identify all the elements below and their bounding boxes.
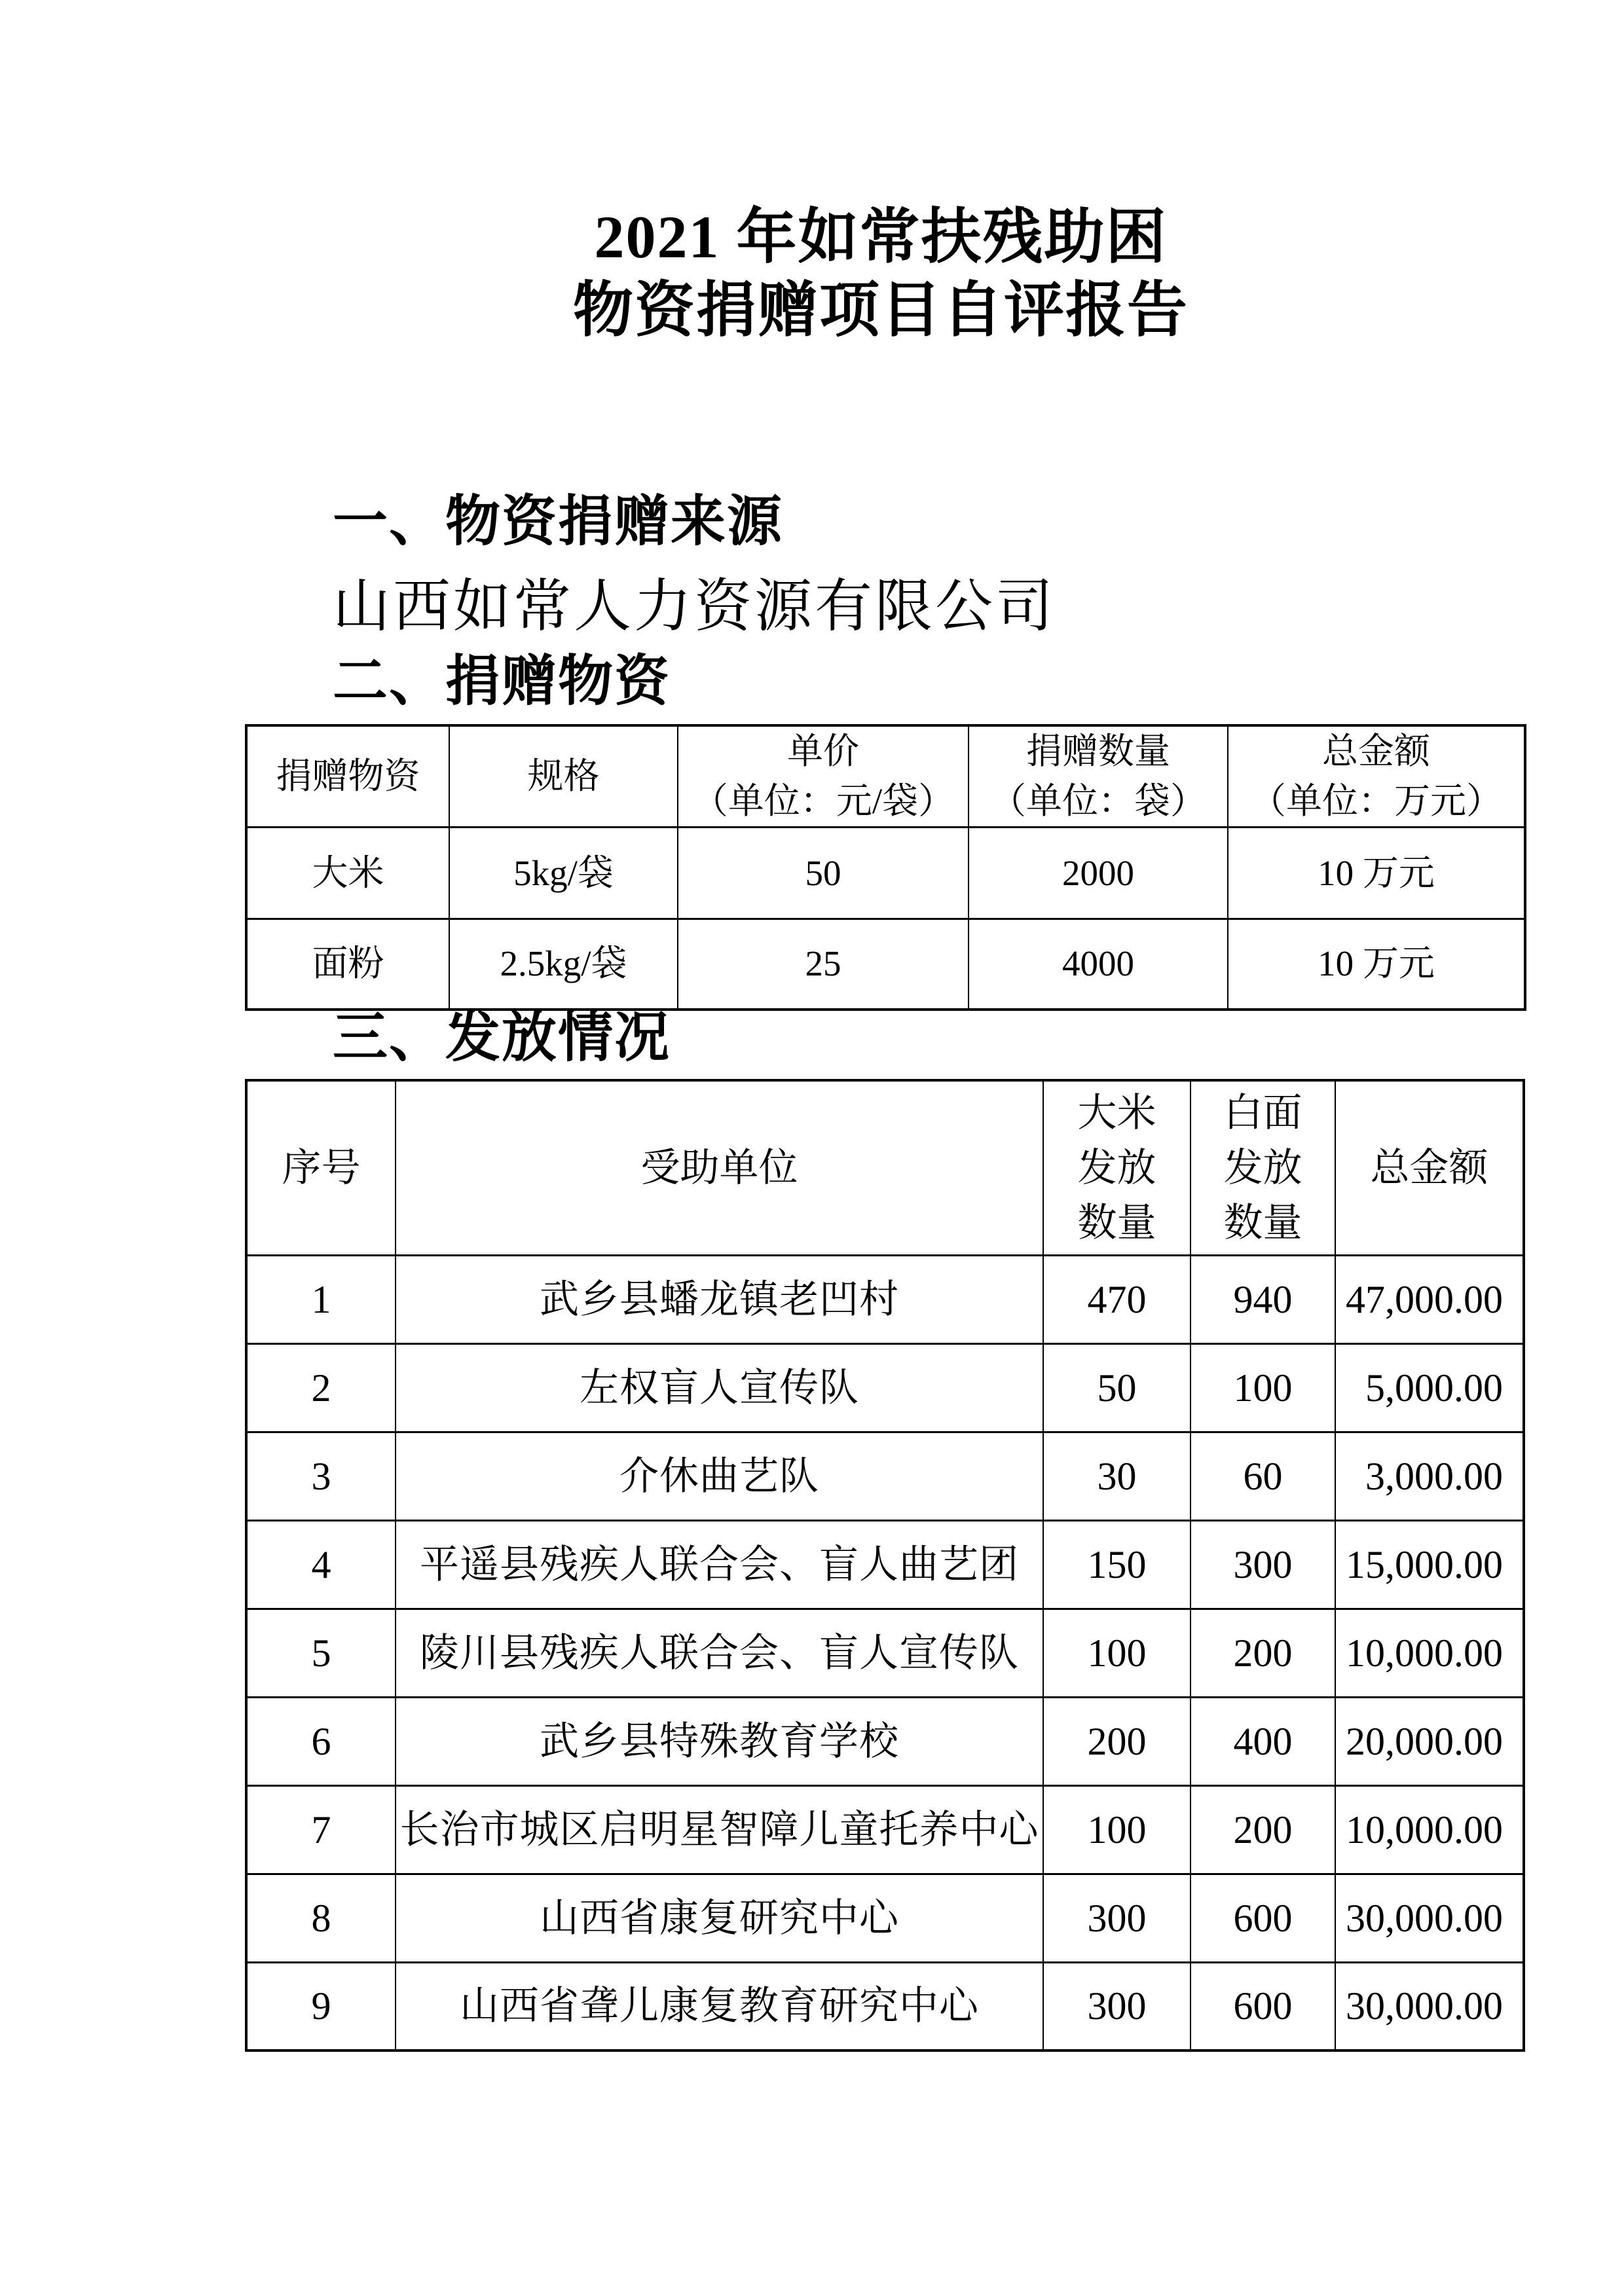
report-title: 2021 年如常扶残助困 物资捐赠项目自评报告 xyxy=(69,200,1624,347)
rice-cell: 30 xyxy=(1043,1432,1190,1520)
org-cell: 左权盲人宣传队 xyxy=(396,1343,1043,1432)
org-cell: 山西省康复研究中心 xyxy=(396,1874,1043,1962)
donation-header-unit-price: 单价 （单位：元/袋） xyxy=(678,725,969,828)
no-cell: 3 xyxy=(246,1432,396,1520)
quantity-cell: 2000 xyxy=(969,828,1228,919)
no-cell: 5 xyxy=(246,1609,396,1697)
table-row: 3 介休曲艺队 30 60 3,000.00 xyxy=(246,1432,1524,1520)
dist-header-total: 总金额 xyxy=(1335,1080,1524,1255)
quantity-label: 捐赠数量 xyxy=(969,727,1227,776)
rice-cell: 200 xyxy=(1043,1697,1190,1785)
amount-cell: 10,000.00 xyxy=(1335,1609,1524,1697)
no-cell: 4 xyxy=(246,1520,396,1609)
org-cell: 武乡县特殊教育学校 xyxy=(396,1697,1043,1785)
unit-price-unit: （单位：元/袋） xyxy=(678,776,968,826)
dist-header-org: 受助单位 xyxy=(396,1080,1043,1255)
rice-label-3: 数量 xyxy=(1044,1195,1190,1250)
distribution-table-header-row: 序号 受助单位 大米 发放 数量 白面 发放 数量 总金额 xyxy=(246,1080,1524,1255)
donation-source-text: 山西如常人力资源有限公司 xyxy=(333,577,1056,638)
quantity-unit: （单位：袋） xyxy=(969,776,1227,826)
rice-cell: 470 xyxy=(1043,1255,1190,1343)
table-row: 8 山西省康复研究中心 300 600 30,000.00 xyxy=(246,1874,1524,1962)
rice-cell: 100 xyxy=(1043,1785,1190,1874)
table-row: 4 平遥县残疾人联合会、盲人曲艺团 150 300 15,000.00 xyxy=(246,1520,1524,1609)
amount-cell: 47,000.00 xyxy=(1335,1255,1524,1343)
donation-header-spec: 规格 xyxy=(449,725,678,828)
flour-cell: 400 xyxy=(1190,1697,1335,1785)
total-label: 总金额 xyxy=(1228,727,1524,776)
donation-table: 捐赠物资 规格 单价 （单位：元/袋） 捐赠数量 （单位：袋） 总金额 （单位：… xyxy=(245,724,1526,1011)
flour-cell: 940 xyxy=(1190,1255,1335,1343)
amount-cell: 3,000.00 xyxy=(1335,1432,1524,1520)
spec-cell: 2.5kg/袋 xyxy=(449,919,678,1010)
rice-cell: 100 xyxy=(1043,1609,1190,1697)
dist-header-flour: 白面 发放 数量 xyxy=(1190,1080,1335,1255)
donation-table-row: 面粉 2.5kg/袋 25 4000 10 万元 xyxy=(246,919,1525,1010)
table-row: 7 长治市城区启明星智障儿童托养中心 100 200 10,000.00 xyxy=(246,1785,1524,1874)
no-cell: 6 xyxy=(246,1697,396,1785)
report-page: 2021 年如常扶残助困 物资捐赠项目自评报告 一、物资捐赠来源 山西如常人力资… xyxy=(0,0,1624,2296)
section3-heading: 三、发放情况 xyxy=(333,1008,671,1066)
amount-cell: 30,000.00 xyxy=(1335,1874,1524,1962)
no-cell: 8 xyxy=(246,1874,396,1962)
amount-cell: 10,000.00 xyxy=(1335,1785,1524,1874)
item-cell: 面粉 xyxy=(246,919,449,1010)
amount-cell: 5,000.00 xyxy=(1335,1343,1524,1432)
dist-header-no: 序号 xyxy=(246,1080,396,1255)
amount-cell: 30,000.00 xyxy=(1335,1962,1524,2050)
dist-header-rice: 大米 发放 数量 xyxy=(1043,1080,1190,1255)
report-title-line1: 2021 年如常扶残助困 xyxy=(69,200,1624,274)
table-row: 1 武乡县蟠龙镇老凹村 470 940 47,000.00 xyxy=(246,1255,1524,1343)
unit-price-label: 单价 xyxy=(678,727,968,776)
table-row: 6 武乡县特殊教育学校 200 400 20,000.00 xyxy=(246,1697,1524,1785)
flour-cell: 200 xyxy=(1190,1785,1335,1874)
unit-price-cell: 50 xyxy=(678,828,969,919)
flour-cell: 300 xyxy=(1190,1520,1335,1609)
flour-cell: 60 xyxy=(1190,1432,1335,1520)
org-cell: 陵川县残疾人联合会、盲人宣传队 xyxy=(396,1609,1043,1697)
donation-table-header-row: 捐赠物资 规格 单价 （单位：元/袋） 捐赠数量 （单位：袋） 总金额 （单位：… xyxy=(246,725,1525,828)
section1-heading: 一、物资捐赠来源 xyxy=(333,492,783,550)
flour-cell: 100 xyxy=(1190,1343,1335,1432)
rice-cell: 150 xyxy=(1043,1520,1190,1609)
unit-price-cell: 25 xyxy=(678,919,969,1010)
total-unit: （单位：万元） xyxy=(1228,776,1524,826)
flour-cell: 600 xyxy=(1190,1962,1335,2050)
total-cell: 10 万元 xyxy=(1228,919,1525,1010)
rice-label-1: 大米 xyxy=(1044,1085,1190,1140)
report-title-line2: 物资捐赠项目自评报告 xyxy=(69,274,1624,347)
org-cell: 平遥县残疾人联合会、盲人曲艺团 xyxy=(396,1520,1043,1609)
no-cell: 9 xyxy=(246,1962,396,2050)
rice-cell: 50 xyxy=(1043,1343,1190,1432)
item-cell: 大米 xyxy=(246,828,449,919)
flour-cell: 600 xyxy=(1190,1874,1335,1962)
distribution-table: 序号 受助单位 大米 发放 数量 白面 发放 数量 总金额 1 武乡县蟠龙镇老凹… xyxy=(245,1079,1525,2052)
no-cell: 2 xyxy=(246,1343,396,1432)
org-cell: 武乡县蟠龙镇老凹村 xyxy=(396,1255,1043,1343)
org-cell: 介休曲艺队 xyxy=(396,1432,1043,1520)
no-cell: 7 xyxy=(246,1785,396,1874)
rice-cell: 300 xyxy=(1043,1874,1190,1962)
table-row: 9 山西省聋儿康复教育研究中心 300 600 30,000.00 xyxy=(246,1962,1524,2050)
donation-header-total: 总金额 （单位：万元） xyxy=(1228,725,1525,828)
flour-cell: 200 xyxy=(1190,1609,1335,1697)
no-cell: 1 xyxy=(246,1255,396,1343)
section2-heading: 二、捐赠物资 xyxy=(333,652,671,710)
amount-cell: 15,000.00 xyxy=(1335,1520,1524,1609)
rice-label-2: 发放 xyxy=(1044,1140,1190,1195)
donation-table-row: 大米 5kg/袋 50 2000 10 万元 xyxy=(246,828,1525,919)
flour-label-1: 白面 xyxy=(1191,1085,1335,1140)
donation-header-quantity: 捐赠数量 （单位：袋） xyxy=(969,725,1228,828)
rice-cell: 300 xyxy=(1043,1962,1190,2050)
table-row: 5 陵川县残疾人联合会、盲人宣传队 100 200 10,000.00 xyxy=(246,1609,1524,1697)
donation-header-item: 捐赠物资 xyxy=(246,725,449,828)
total-cell: 10 万元 xyxy=(1228,828,1525,919)
org-cell: 山西省聋儿康复教育研究中心 xyxy=(396,1962,1043,2050)
org-cell: 长治市城区启明星智障儿童托养中心 xyxy=(396,1785,1043,1874)
quantity-cell: 4000 xyxy=(969,919,1228,1010)
spec-cell: 5kg/袋 xyxy=(449,828,678,919)
flour-label-2: 发放 xyxy=(1191,1140,1335,1195)
flour-label-3: 数量 xyxy=(1191,1195,1335,1250)
table-row: 2 左权盲人宣传队 50 100 5,000.00 xyxy=(246,1343,1524,1432)
amount-cell: 20,000.00 xyxy=(1335,1697,1524,1785)
